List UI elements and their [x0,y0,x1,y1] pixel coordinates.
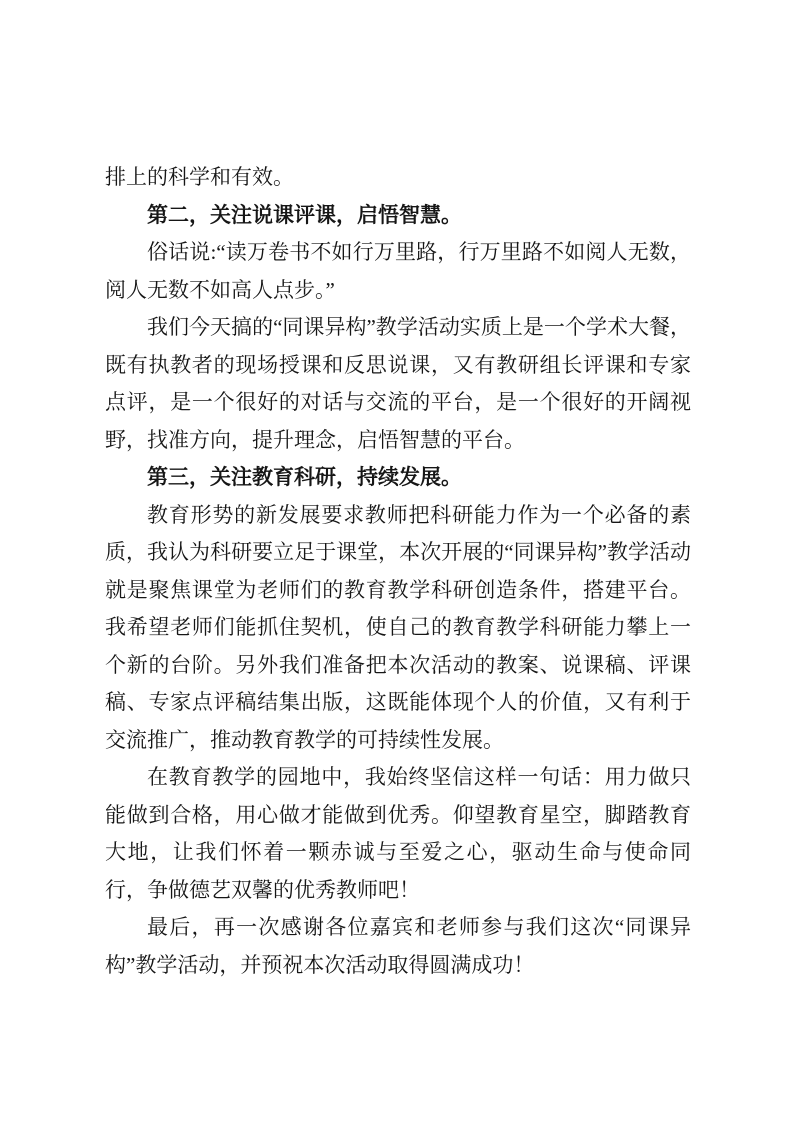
section-heading: 第三，关注教育科研，持续发展。 [105,459,691,497]
paragraph: 最后，再一次感谢各位嘉宾和老师参与我们这次“同课异构”教学活动，并预祝本次活动取… [105,909,691,984]
paragraph: 我们今天搞的“同课异构”教学活动实质上是一个学术大餐，既有执教者的现场授课和反思… [105,309,691,459]
document-page: 排上的科学和有效。第二，关注说课评课，启悟智慧。俗话说:“读万卷书不如行万里路，… [0,0,793,1122]
paragraph: 教育形势的新发展要求教师把科研能力作为一个必备的素质，我认为科研要立足于课堂，本… [105,497,691,760]
document-body: 排上的科学和有效。第二，关注说课评课，启悟智慧。俗话说:“读万卷书不如行万里路，… [105,159,691,984]
paragraph: 排上的科学和有效。 [105,159,691,197]
section-heading: 第二，关注说课评课，启悟智慧。 [105,197,691,235]
paragraph: 俗话说:“读万卷书不如行万里路，行万里路不如阅人无数，阅人无数不如高人点步。” [105,234,691,309]
paragraph: 在教育教学的园地中，我始终坚信这样一句话：用力做只能做到合格，用心做才能做到优秀… [105,759,691,909]
